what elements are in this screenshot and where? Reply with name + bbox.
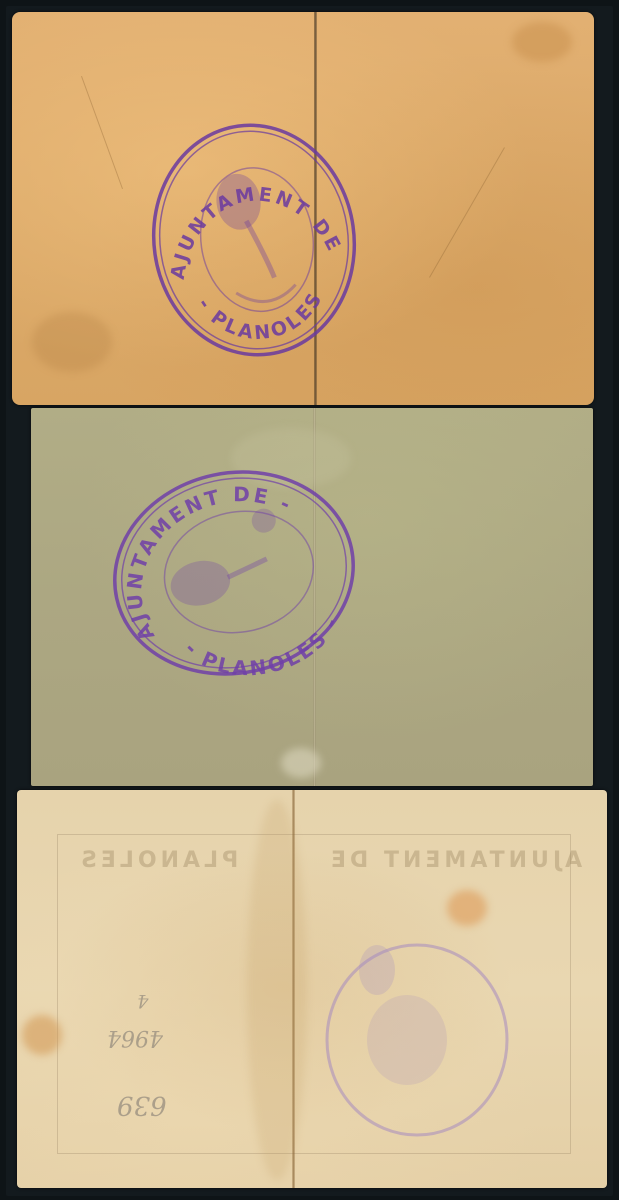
paper-crease xyxy=(429,147,505,277)
municipal-stamp: AJUNTAMENT DE - - PLANOLES - xyxy=(90,444,378,701)
svg-text:- PLANOLES -: - PLANOLES - xyxy=(177,606,352,696)
paper-stain xyxy=(22,1015,62,1055)
svg-text:AJUNTAMENT DE -: AJUNTAMENT DE - xyxy=(102,469,320,647)
paper-stain xyxy=(447,890,487,926)
paper-stain xyxy=(32,312,112,372)
stamp-ring-icon: AJUNTAMENT DE - - PLANOLES - xyxy=(133,107,374,374)
banknote-3: PLANOLES AJUNTAMENT DE 4 4964 639 xyxy=(17,790,607,1188)
pencil-annotation: 4964 xyxy=(107,1025,163,1050)
pencil-annotation: 639 xyxy=(117,1090,167,1120)
faded-municipal-stamp xyxy=(317,930,517,1140)
stamp-ring-icon: AJUNTAMENT DE - - PLANOLES - xyxy=(90,444,378,701)
municipal-stamp: AJUNTAMENT DE - - PLANOLES - xyxy=(133,107,374,374)
banknote-2: AJUNTAMENT DE - - PLANOLES - xyxy=(31,408,593,786)
paper-stain xyxy=(247,800,307,1180)
paper-stain xyxy=(512,22,572,62)
banknote-1: AJUNTAMENT DE - - PLANOLES - xyxy=(12,12,594,405)
paper-stain xyxy=(281,748,321,778)
pencil-annotation: 4 xyxy=(137,990,148,1011)
mirrored-print-right: AJUNTAMENT DE xyxy=(327,848,582,873)
stamp-ring-icon xyxy=(317,930,517,1140)
mirrored-print-left: PLANOLES xyxy=(77,848,238,873)
paper-crease xyxy=(81,76,123,189)
